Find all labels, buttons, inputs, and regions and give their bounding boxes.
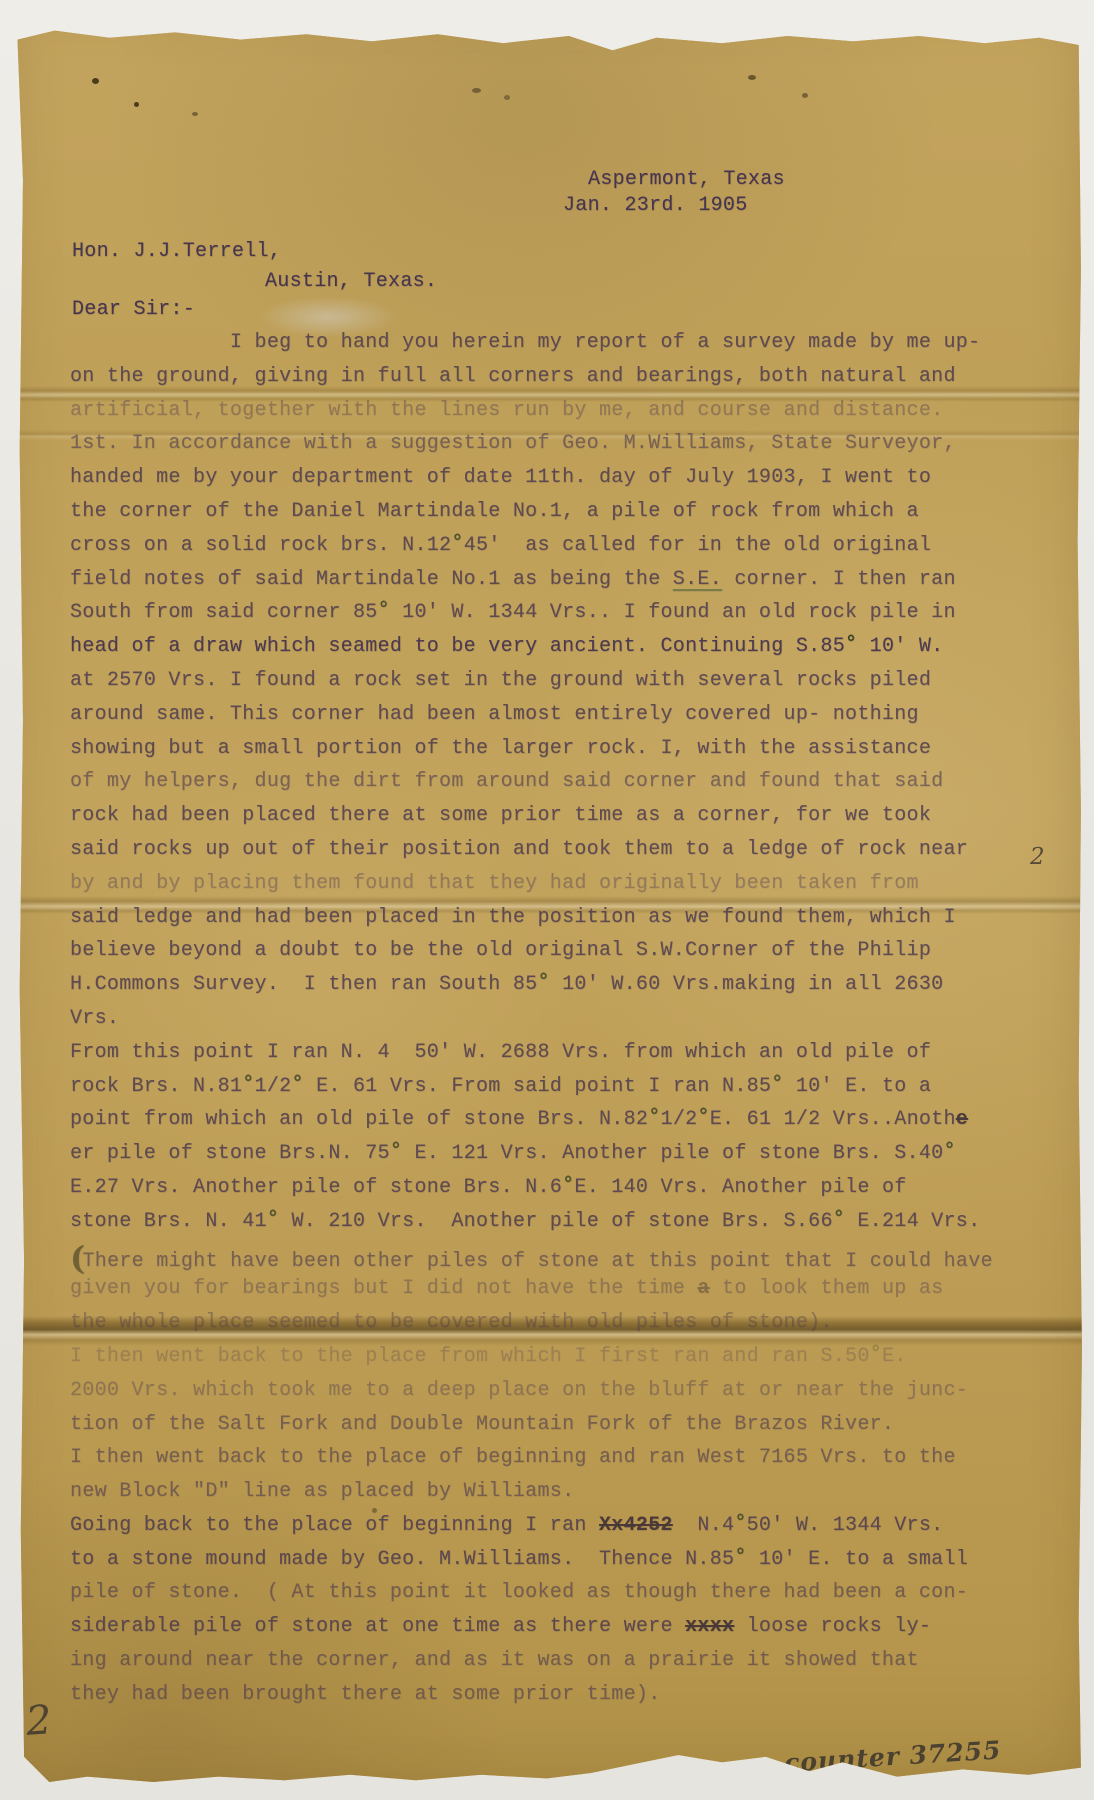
struck-out-text: Xx4252: [599, 1514, 673, 1537]
struck-out-text: a: [697, 1277, 709, 1300]
letter-line: I beg to hand you herein my report of a …: [70, 326, 1070, 360]
degree-mark: °: [378, 599, 390, 622]
degree-mark: °: [697, 1106, 709, 1129]
letter-line: Going back to the place of beginning I r…: [70, 1509, 1070, 1543]
letter-line: new Block "D" line as placed by Williams…: [70, 1475, 1070, 1509]
letter-line: the whole place seemed to be covered wit…: [70, 1306, 1070, 1340]
letter-line: rock Brs. N.81°1/2° E. 61 Vrs. From said…: [70, 1070, 1070, 1104]
degree-mark: °: [771, 1073, 783, 1096]
salutation: Dear Sir:-: [72, 298, 195, 321]
dateline-city: Aspermont, Texas: [588, 168, 785, 191]
degree-mark: °: [537, 971, 549, 994]
paper-speck: [134, 102, 139, 107]
recipient-name: Hon. J.J.Terrell,: [72, 240, 281, 263]
letter-line: (There might have been other piles of st…: [70, 1239, 1070, 1273]
letter-line: given you for bearings but I did not hav…: [70, 1272, 1070, 1306]
paper-speck: [472, 88, 481, 93]
letter-line: head of a draw which seamed to be very a…: [70, 630, 1070, 664]
handwritten-corner-page-number: 2: [24, 1697, 53, 1745]
letter-line: to a stone mound made by Geo. M.Williams…: [70, 1543, 1070, 1577]
letter-line: I then went back to the place from which…: [70, 1340, 1070, 1374]
letter-line: said ledge and had been placed in the po…: [70, 901, 1070, 935]
letter-line: cross on a solid rock brs. N.12°45' as c…: [70, 529, 1070, 563]
paper-speck: [802, 93, 808, 98]
degree-mark: °: [562, 1174, 574, 1197]
handwritten-margin-page-number: 2: [1030, 844, 1045, 870]
scan-background: Aspermont, Texas Jan. 23rd. 1905 Hon. J.…: [0, 0, 1094, 1800]
handwritten-paren: (: [70, 1239, 85, 1277]
degree-mark: °: [734, 1546, 746, 1569]
underlined-text: S.E.: [673, 568, 722, 591]
letter-line: pile of stone. ( At this point it looked…: [70, 1576, 1070, 1610]
letter-line: on the ground, giving in full all corner…: [70, 360, 1070, 394]
degree-mark: °: [870, 1343, 882, 1366]
letter-line: tion of the Salt Fork and Double Mountai…: [70, 1408, 1070, 1442]
letter-line: showing but a small portion of the large…: [70, 732, 1070, 766]
letter-line: South from said corner 85° 10' W. 1344 V…: [70, 596, 1070, 630]
letter-line: 2000 Vrs. which took me to a deep place …: [70, 1374, 1070, 1408]
letter-line: by and by placing them found that they h…: [70, 867, 1070, 901]
paper-speck: [748, 75, 756, 80]
letter-line: siderable pile of stone at one time as t…: [70, 1610, 1070, 1644]
letter-line: H.Commons Survey. I then ran South 85° 1…: [70, 968, 1070, 1002]
letter-body: I beg to hand you herein my report of a …: [70, 326, 1070, 1712]
paper-speck: [504, 95, 510, 100]
letter-line: rock had been placed there at some prior…: [70, 799, 1070, 833]
letter-line: believe beyond a doubt to be the old ori…: [70, 934, 1070, 968]
letter-line: point from which an old pile of stone Br…: [70, 1103, 1070, 1137]
letter-line: artificial, together with the lines run …: [70, 394, 1070, 428]
letter-line: er pile of stone Brs.N. 75° E. 121 Vrs. …: [70, 1137, 1070, 1171]
letter-line: From this point I ran N. 4 50' W. 2688 V…: [70, 1036, 1070, 1070]
degree-mark: °: [390, 1140, 402, 1163]
letter-line: Vrs.: [70, 1002, 1070, 1036]
degree-mark: °: [242, 1073, 254, 1096]
degree-mark: °: [291, 1073, 303, 1096]
letter-line: of my helpers, dug the dirt from around …: [70, 765, 1070, 799]
dateline-date: Jan. 23rd. 1905: [563, 194, 748, 217]
letter-line: stone Brs. N. 41° W. 210 Vrs. Another pi…: [70, 1205, 1070, 1239]
letter-line: said rocks up out of their position and …: [70, 833, 1070, 867]
letter-line: I then went back to the place of beginni…: [70, 1441, 1070, 1475]
degree-mark: °: [845, 633, 857, 656]
struck-out-text: xxxx: [685, 1615, 734, 1638]
degree-mark: °: [451, 532, 463, 555]
handwritten-counter-number: counter 37255: [783, 1735, 1002, 1777]
letter-line: around same. This corner had been almost…: [70, 698, 1070, 732]
letter-line: at 2570 Vrs. I found a rock set in the g…: [70, 664, 1070, 698]
letter-line: ing around near the corner, and as it wa…: [70, 1644, 1070, 1678]
paper-speck: [192, 112, 198, 116]
paper-speck: [92, 78, 99, 84]
letter-line: they had been brought there at some prio…: [70, 1678, 1070, 1712]
letter-line: field notes of said Martindale No.1 as b…: [70, 563, 1070, 597]
degree-mark: °: [267, 1208, 279, 1231]
degree-mark: °: [943, 1140, 955, 1163]
letter-line: the corner of the Daniel Martindale No.1…: [70, 495, 1070, 529]
recipient-city: Austin, Texas.: [265, 270, 437, 293]
letter-line: 1st. In accordance with a suggestion of …: [70, 427, 1070, 461]
letter-line: E.27 Vrs. Another pile of stone Brs. N.6…: [70, 1171, 1070, 1205]
degree-mark: °: [648, 1106, 660, 1129]
degree-mark: °: [734, 1512, 746, 1535]
degree-mark: °: [833, 1208, 845, 1231]
letter-paper: Aspermont, Texas Jan. 23rd. 1905 Hon. J.…: [0, 0, 1094, 1800]
struck-out-text: e: [956, 1108, 968, 1131]
letter-line: handed me by your department of date 11t…: [70, 461, 1070, 495]
